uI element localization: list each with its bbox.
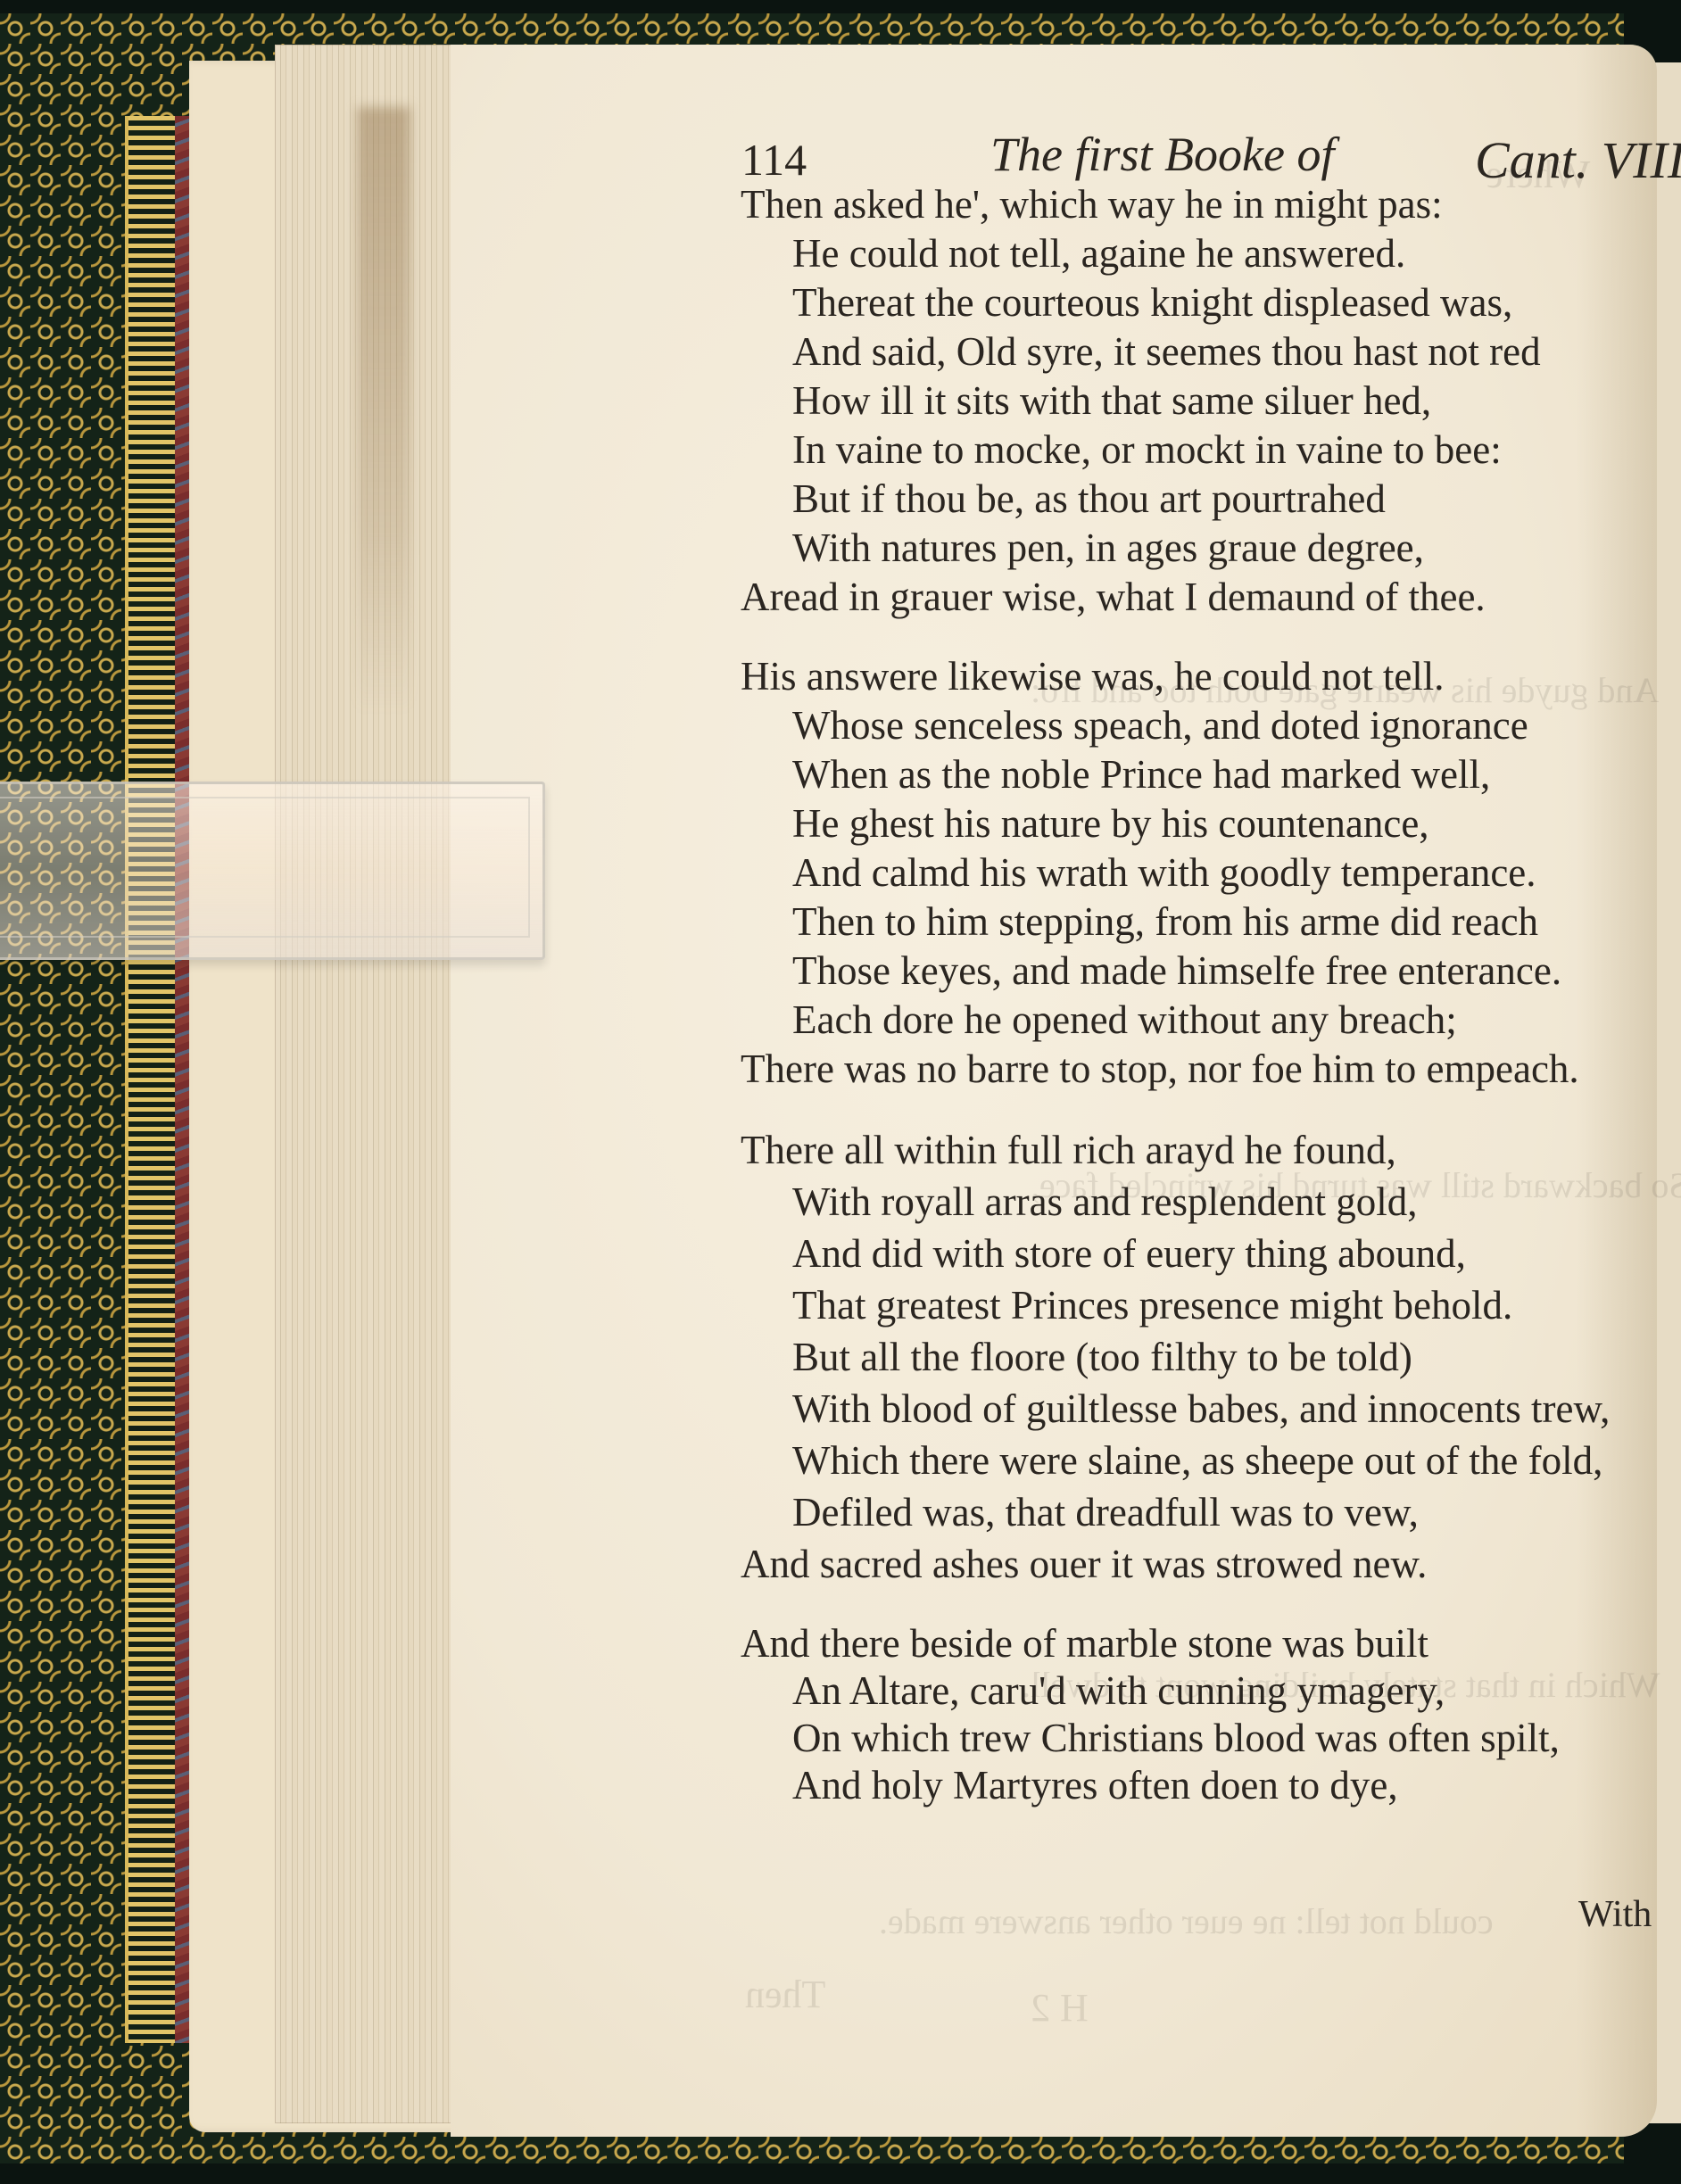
verse-line: And calmd his wrath with goodly temperan…	[741, 848, 1651, 898]
verse-line: He could not tell, againe he answered.	[741, 229, 1651, 278]
verse-line: But if thou be, as thou art pourtrahed	[741, 475, 1651, 524]
page-holder-clip	[0, 782, 545, 960]
verse-line: Thereat the courteous knight displeased …	[741, 278, 1651, 327]
verse-line: There all within full rich arayd he foun…	[741, 1124, 1651, 1176]
stanza: Then asked he', which way he in might pa…	[741, 180, 1651, 622]
verse-line: Those keyes, and made himselfe free ente…	[741, 947, 1651, 996]
verse-line: Each dore he opened without any breach;	[741, 996, 1651, 1045]
verse-line: And there beside of marble stone was bui…	[741, 1620, 1651, 1667]
bleed-through-signature: H 2	[1031, 1985, 1089, 2031]
verse-line: On which trew Christians blood was often…	[741, 1715, 1651, 1762]
verse-line: And did with store of euery thing abound…	[741, 1228, 1651, 1279]
stanza: And there beside of marble stone was bui…	[741, 1620, 1651, 1809]
page-number: 114	[741, 134, 807, 186]
verse-text: Then asked he', which way he in might pa…	[741, 180, 1651, 1809]
verse-line: Which there were slaine, as sheepe out o…	[741, 1435, 1651, 1486]
verse-line: An Altare, caru'd with cunning ymagery,	[741, 1667, 1651, 1715]
verse-line: Aread in grauer wise, what I demaund of …	[741, 573, 1651, 622]
verse-line: In vaine to mocke, or mockt in vaine to …	[741, 426, 1651, 475]
verse-line: His answere likewise was, he could not t…	[741, 652, 1651, 701]
verse-line: And said, Old syre, it seemes thou hast …	[741, 327, 1651, 376]
verse-line: He ghest his nature by his countenance,	[741, 799, 1651, 848]
verse-line: That greatest Princes presence might beh…	[741, 1279, 1651, 1331]
verse-line: Then asked he', which way he in might pa…	[741, 180, 1651, 229]
verse-line: Then to him stepping, from his arme did …	[741, 898, 1651, 947]
verse-line: And sacred ashes ouer it was strowed new…	[741, 1538, 1651, 1590]
verse-line: With blood of guiltlesse babes, and inno…	[741, 1383, 1651, 1435]
verse-line: But all the floore (too filthy to be tol…	[741, 1331, 1651, 1383]
catchword: With	[1578, 1893, 1652, 1936]
bleed-through-text: could not tell: ne euer other answere ma…	[879, 1900, 1494, 1942]
verse-line: With natures pen, in ages graue degree,	[741, 524, 1651, 573]
bleed-through-catchword: Then	[745, 1972, 825, 2017]
verse-line: There was no barre to stop, nor foe him …	[741, 1045, 1651, 1094]
water-stain	[357, 107, 410, 714]
verse-line: With royall arras and resplendent gold,	[741, 1176, 1651, 1228]
page-holder-clip-inner-edge	[0, 797, 530, 938]
running-title: The first Booke of	[990, 127, 1334, 182]
verse-line: Defiled was, that dreadfull was to vew,	[741, 1486, 1651, 1538]
stanza: There all within full rich arayd he foun…	[741, 1124, 1651, 1590]
verse-line: How ill it sits with that same siluer he…	[741, 376, 1651, 426]
verse-line: And holy Martyres often doen to dye,	[741, 1762, 1651, 1809]
verse-line: When as the noble Prince had marked well…	[741, 750, 1651, 799]
verse-line: Whose senceless speach, and doted ignora…	[741, 701, 1651, 750]
stanza: His answere likewise was, he could not t…	[741, 652, 1651, 1094]
book-page: Where And guyde his wearie gate both too…	[451, 45, 1657, 2137]
